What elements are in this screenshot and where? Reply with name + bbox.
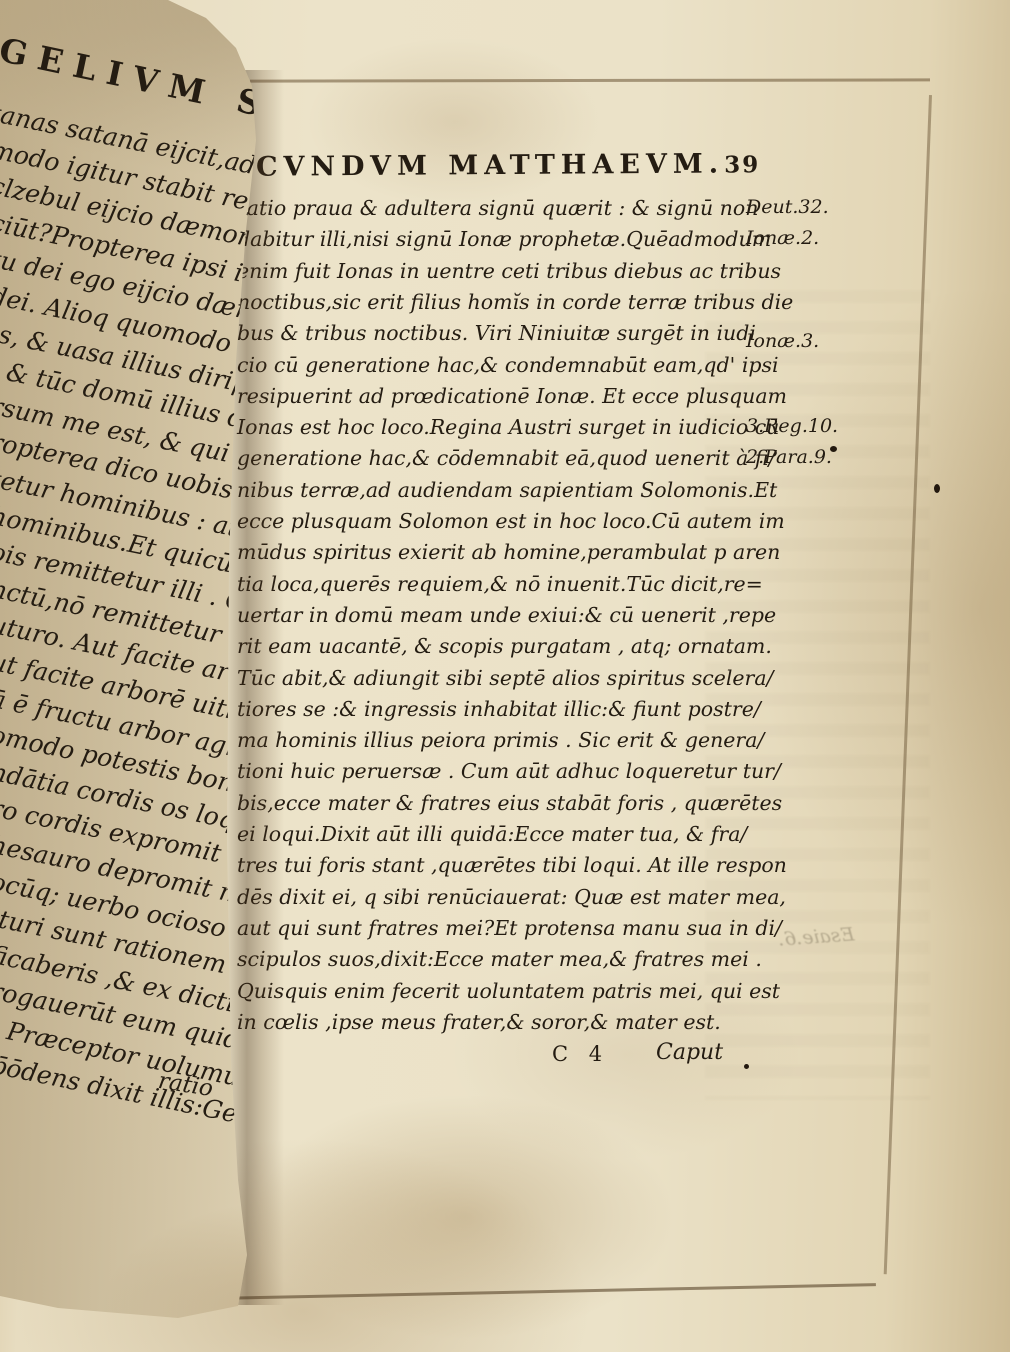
right-page-text-line: aut qui sunt fratres mei?Et protensa man… (237, 913, 744, 944)
right-page-text-line: dabitur illi,nisi signū Ionæ prophetæ.Qu… (237, 224, 744, 255)
right-page-text-line: tiores se :& ingressis inhabitat illic:&… (237, 694, 744, 725)
right-page-text-line: bis,ecce mater & fratres eius stabāt for… (237, 788, 744, 819)
right-page-text-line: rit eam uacantē, & scopis purgatam , atq… (237, 631, 744, 662)
right-page-text-line: in cœlis ,ipse meus frater,& soror,& mat… (237, 1007, 744, 1038)
right-page-text-line: tres tui foris stant ,quærētes tibi loqu… (237, 850, 744, 881)
right-page-text-line: Tūc abit,& adiungit sibi septē alios spi… (237, 663, 744, 694)
running-header: CVNDVM MATTHAEVM. 39 (256, 148, 750, 182)
right-page-text-line: dēs dixit ei, q sibi renūciauerat: Quæ e… (237, 882, 744, 913)
page-number: 39 (724, 151, 760, 178)
margin-note: Ionæ.3. (746, 330, 819, 352)
margin-note: Deut.32. (746, 196, 829, 218)
right-page-text-line: ratio praua & adultera signū quærit : & … (237, 193, 744, 224)
running-header-title: CVNDVM MATTHAEVM. (256, 148, 724, 182)
gathering-signature: C 4 (552, 1042, 609, 1066)
right-page-text-line: nibus terræ,ad audiendam sapientiam Solo… (237, 475, 744, 506)
right-page-text-line: scipulos suos,dixit:Ecce mater mea,& fra… (237, 944, 744, 975)
ink-spot (934, 484, 940, 493)
margin-note: 3.Reg.10. (746, 415, 838, 437)
page-bottom-edge (214, 1283, 876, 1300)
right-page-text-line: Ionas est hoc loco.Regina Austri surget … (237, 412, 744, 443)
right-page-text-line: ei loqui.Dixit aūt illi quidā:Ecce mater… (237, 819, 744, 850)
right-page-text-line: tia loca,querēs requiem,& nō inuenit.Tūc… (237, 569, 744, 600)
right-page-text-line: ecce plusquam Solomon est in hoc loco.Cū… (237, 506, 744, 537)
right-page-text-line: generatione hac,& cōdemnabit eā,quod uen… (237, 443, 744, 474)
right-page-text-line: ma hominis illius peiora primis . Sic er… (237, 725, 744, 756)
right-page-text-line: resipuerint ad prœdicationē Ionæ. Et ecc… (237, 381, 744, 412)
right-page-text-line: bus & tribus noctibus. Viri Niniuitæ sur… (237, 318, 744, 349)
right-page-text-line: Quisquis enim fecerit uoluntatem patris … (237, 976, 744, 1007)
right-page-text-line: noctibus,sic erit filius homĭs in corde … (237, 287, 744, 318)
book-photo: CVNDVM MATTHAEVM. 39 ratio praua & adult… (0, 0, 1010, 1352)
right-page-text-line: cio cū generatione hac,& condemnabūt eam… (237, 350, 744, 381)
catchword-right: Caput (656, 1040, 723, 1065)
right-page-text-line: uertar in domū meam unde exiui:& cū uene… (237, 600, 744, 631)
margin-note: Ionæ.2. (746, 227, 819, 249)
page-top-edge (250, 78, 930, 82)
ink-spot (744, 1064, 749, 1069)
right-page-text-line: enim fuit Ionas in uentre ceti tribus di… (237, 256, 744, 287)
right-page-text-line: mūdus spiritus exierit ab homine,perambu… (237, 537, 744, 568)
margin-note: 2.Para.9. (746, 446, 832, 468)
ink-spot (830, 446, 837, 452)
right-page-text-line: tioni huic peruersæ . Cum aūt adhuc loqu… (237, 756, 744, 787)
